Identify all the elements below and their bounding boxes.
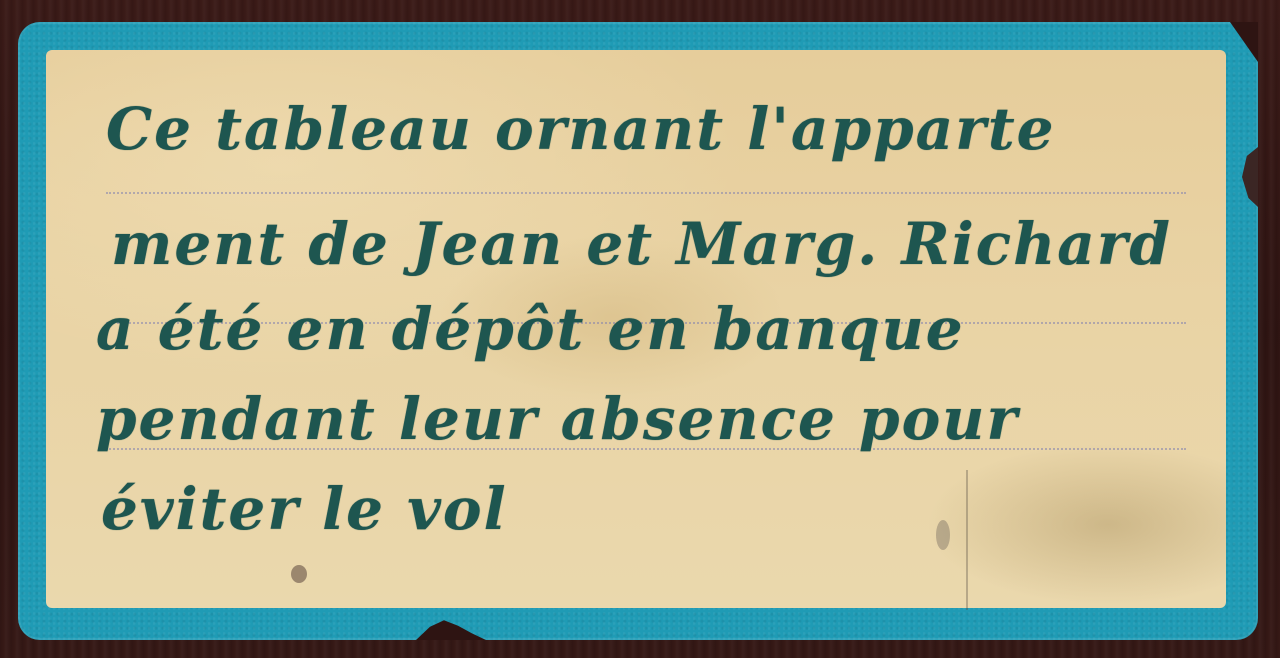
torn-corner: [1230, 22, 1258, 62]
torn-edge: [1242, 147, 1258, 207]
label-paper-area: Ce tableau ornant l'apparte ment de Jean…: [46, 50, 1226, 608]
ink-stain: [291, 565, 307, 583]
paper-crease: [966, 470, 968, 610]
handwriting-line-1: Ce tableau ornant l'apparte: [106, 100, 1056, 158]
handwriting-line-5: éviter le vol: [101, 480, 508, 538]
torn-edge-bottom: [416, 618, 486, 640]
handwriting-line-2: ment de Jean et Marg. Richard: [111, 215, 1172, 273]
handwriting-line-4: pendant leur absence pour: [96, 390, 1019, 448]
handwriting-line-3: a été en dépôt en banque: [96, 300, 965, 358]
paper-damage: [936, 520, 950, 550]
ruled-line: [106, 192, 1186, 194]
paper-label: Ce tableau ornant l'apparte ment de Jean…: [18, 22, 1258, 640]
